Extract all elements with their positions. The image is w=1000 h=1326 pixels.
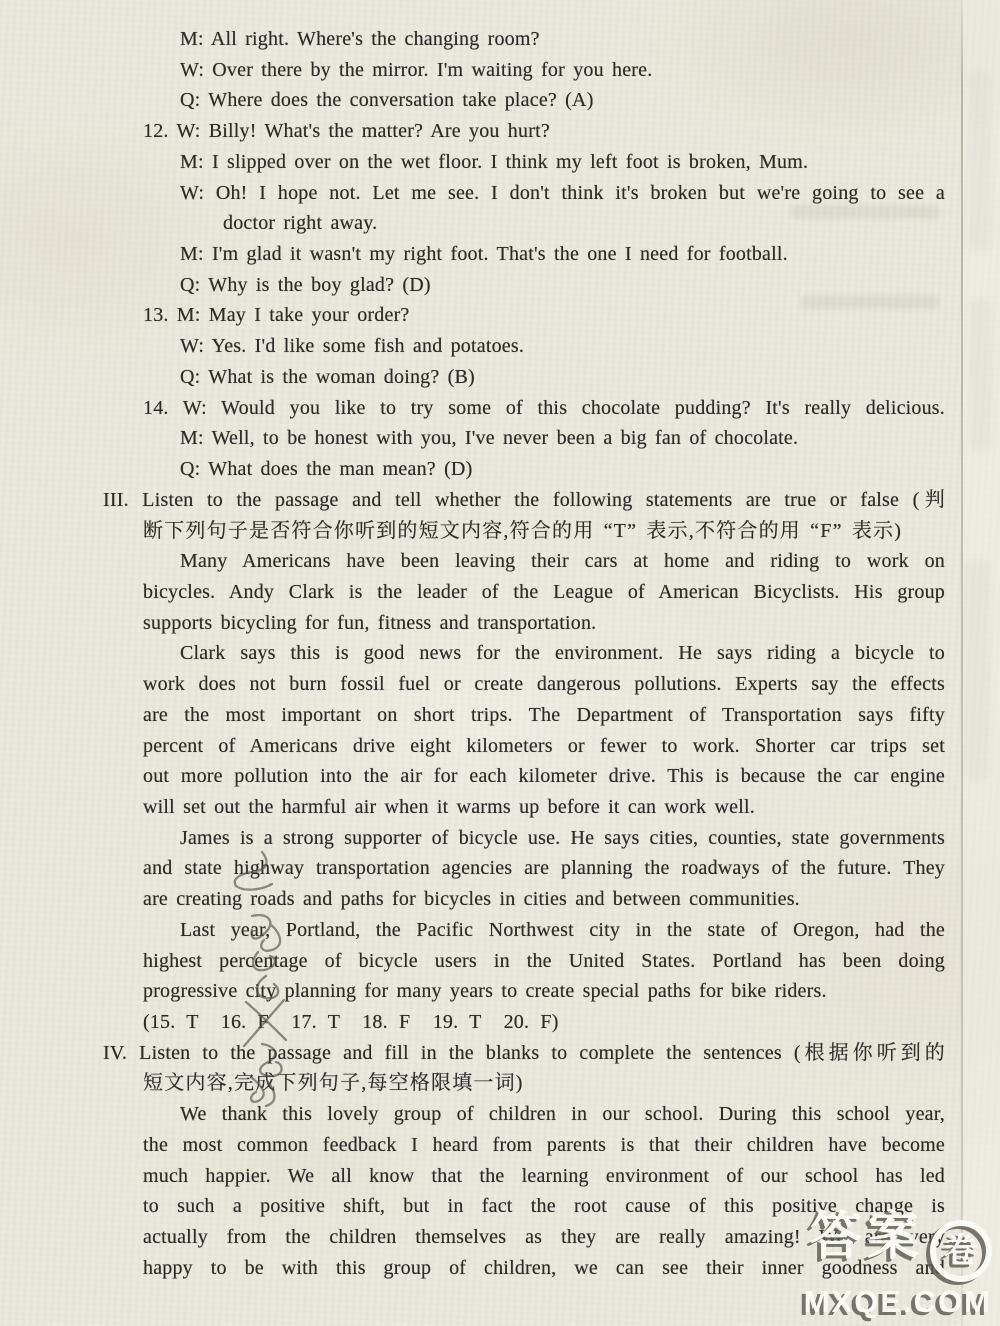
watermark-brand-text: 答案	[810, 1208, 924, 1266]
text-line: M: All right. Where's the changing room?	[180, 24, 945, 55]
text-line: supports bicycling for fun, fitness and …	[143, 608, 945, 639]
text-line: 13. M: May I take your order?	[143, 300, 945, 331]
text-line: out more pollution into the air for each…	[143, 761, 945, 792]
text-line: Q: What is the woman doing? (B)	[180, 362, 945, 393]
text-line: We thank this lovely group of children i…	[143, 1099, 945, 1130]
text-line: IV. Listen to the passage and fill in th…	[103, 1038, 945, 1069]
text-line: W: Over there by the mirror. I'm waiting…	[180, 55, 945, 86]
text-line: Q: What does the man mean? (D)	[180, 454, 945, 485]
text-line: Q: Where does the conversation take plac…	[180, 85, 945, 116]
text-line: (15. T 16. F 17. T 18. F 19. T 20. F)	[143, 1007, 963, 1038]
text-line: bicycles. Andy Clark is the leader of th…	[143, 577, 945, 608]
text-line: III. Listen to the passage and tell whet…	[103, 485, 945, 516]
transcript-text: M: All right. Where's the changing room?…	[0, 24, 1000, 1283]
text-line: will set out the harmful air when it war…	[143, 792, 945, 823]
text-line: M: I'm glad it wasn't my right foot. Tha…	[180, 239, 945, 270]
text-line: the most common feedback I heard from pa…	[143, 1130, 945, 1161]
watermark-url: MXQE.COM	[804, 1284, 992, 1320]
text-line: and state highway transportation agencie…	[143, 853, 945, 884]
text-line: James is a strong supporter of bicycle u…	[143, 823, 945, 854]
text-line: Q: Why is the boy glad? (D)	[180, 270, 945, 301]
text-line: percent of Americans drive eight kilomet…	[143, 731, 945, 762]
text-line: are the most important on short trips. T…	[143, 700, 945, 731]
text-line: doctor right away.	[223, 208, 945, 239]
text-line: 14. W: Would you like to try some of thi…	[143, 393, 945, 424]
text-line: 断下列句子是否符合你听到的短文内容,符合的用 “T” 表示,不符合的用 “F” …	[143, 516, 963, 547]
text-line: Clark says this is good news for the env…	[143, 638, 945, 669]
text-line: are creating roads and paths for bicycle…	[143, 884, 945, 915]
text-line: highest percentage of bicycle users in t…	[143, 946, 945, 977]
text-line: 短文内容,完成下列句子,每空格限填一词)	[143, 1068, 963, 1099]
watermark-brand: 答案卷	[804, 1206, 992, 1282]
text-line: M: I slipped over on the wet floor. I th…	[180, 147, 945, 178]
text-line: M: Well, to be honest with you, I've nev…	[180, 423, 945, 454]
text-line: W: Oh! I hope not. Let me see. I don't t…	[180, 178, 945, 209]
text-line: Many Americans have been leaving their c…	[143, 546, 945, 577]
text-line: Last year, Portland, the Pacific Northwe…	[143, 915, 945, 946]
text-line: progressive city planning for many years…	[143, 976, 945, 1007]
text-line: much happier. We all know that the learn…	[143, 1161, 945, 1192]
text-line: W: Yes. I'd like some fish and potatoes.	[180, 331, 945, 362]
watermark: 答案卷 MXQE.COM	[804, 1206, 992, 1320]
watermark-ring-icon: 卷	[930, 1220, 992, 1282]
text-line: work does not burn fossil fuel or create…	[143, 669, 945, 700]
text-line: 12. W: Billy! What's the matter? Are you…	[143, 116, 945, 147]
watermark-ring-char: 卷	[944, 1232, 978, 1270]
scanned-page: M: All right. Where's the changing room?…	[0, 0, 1000, 1326]
